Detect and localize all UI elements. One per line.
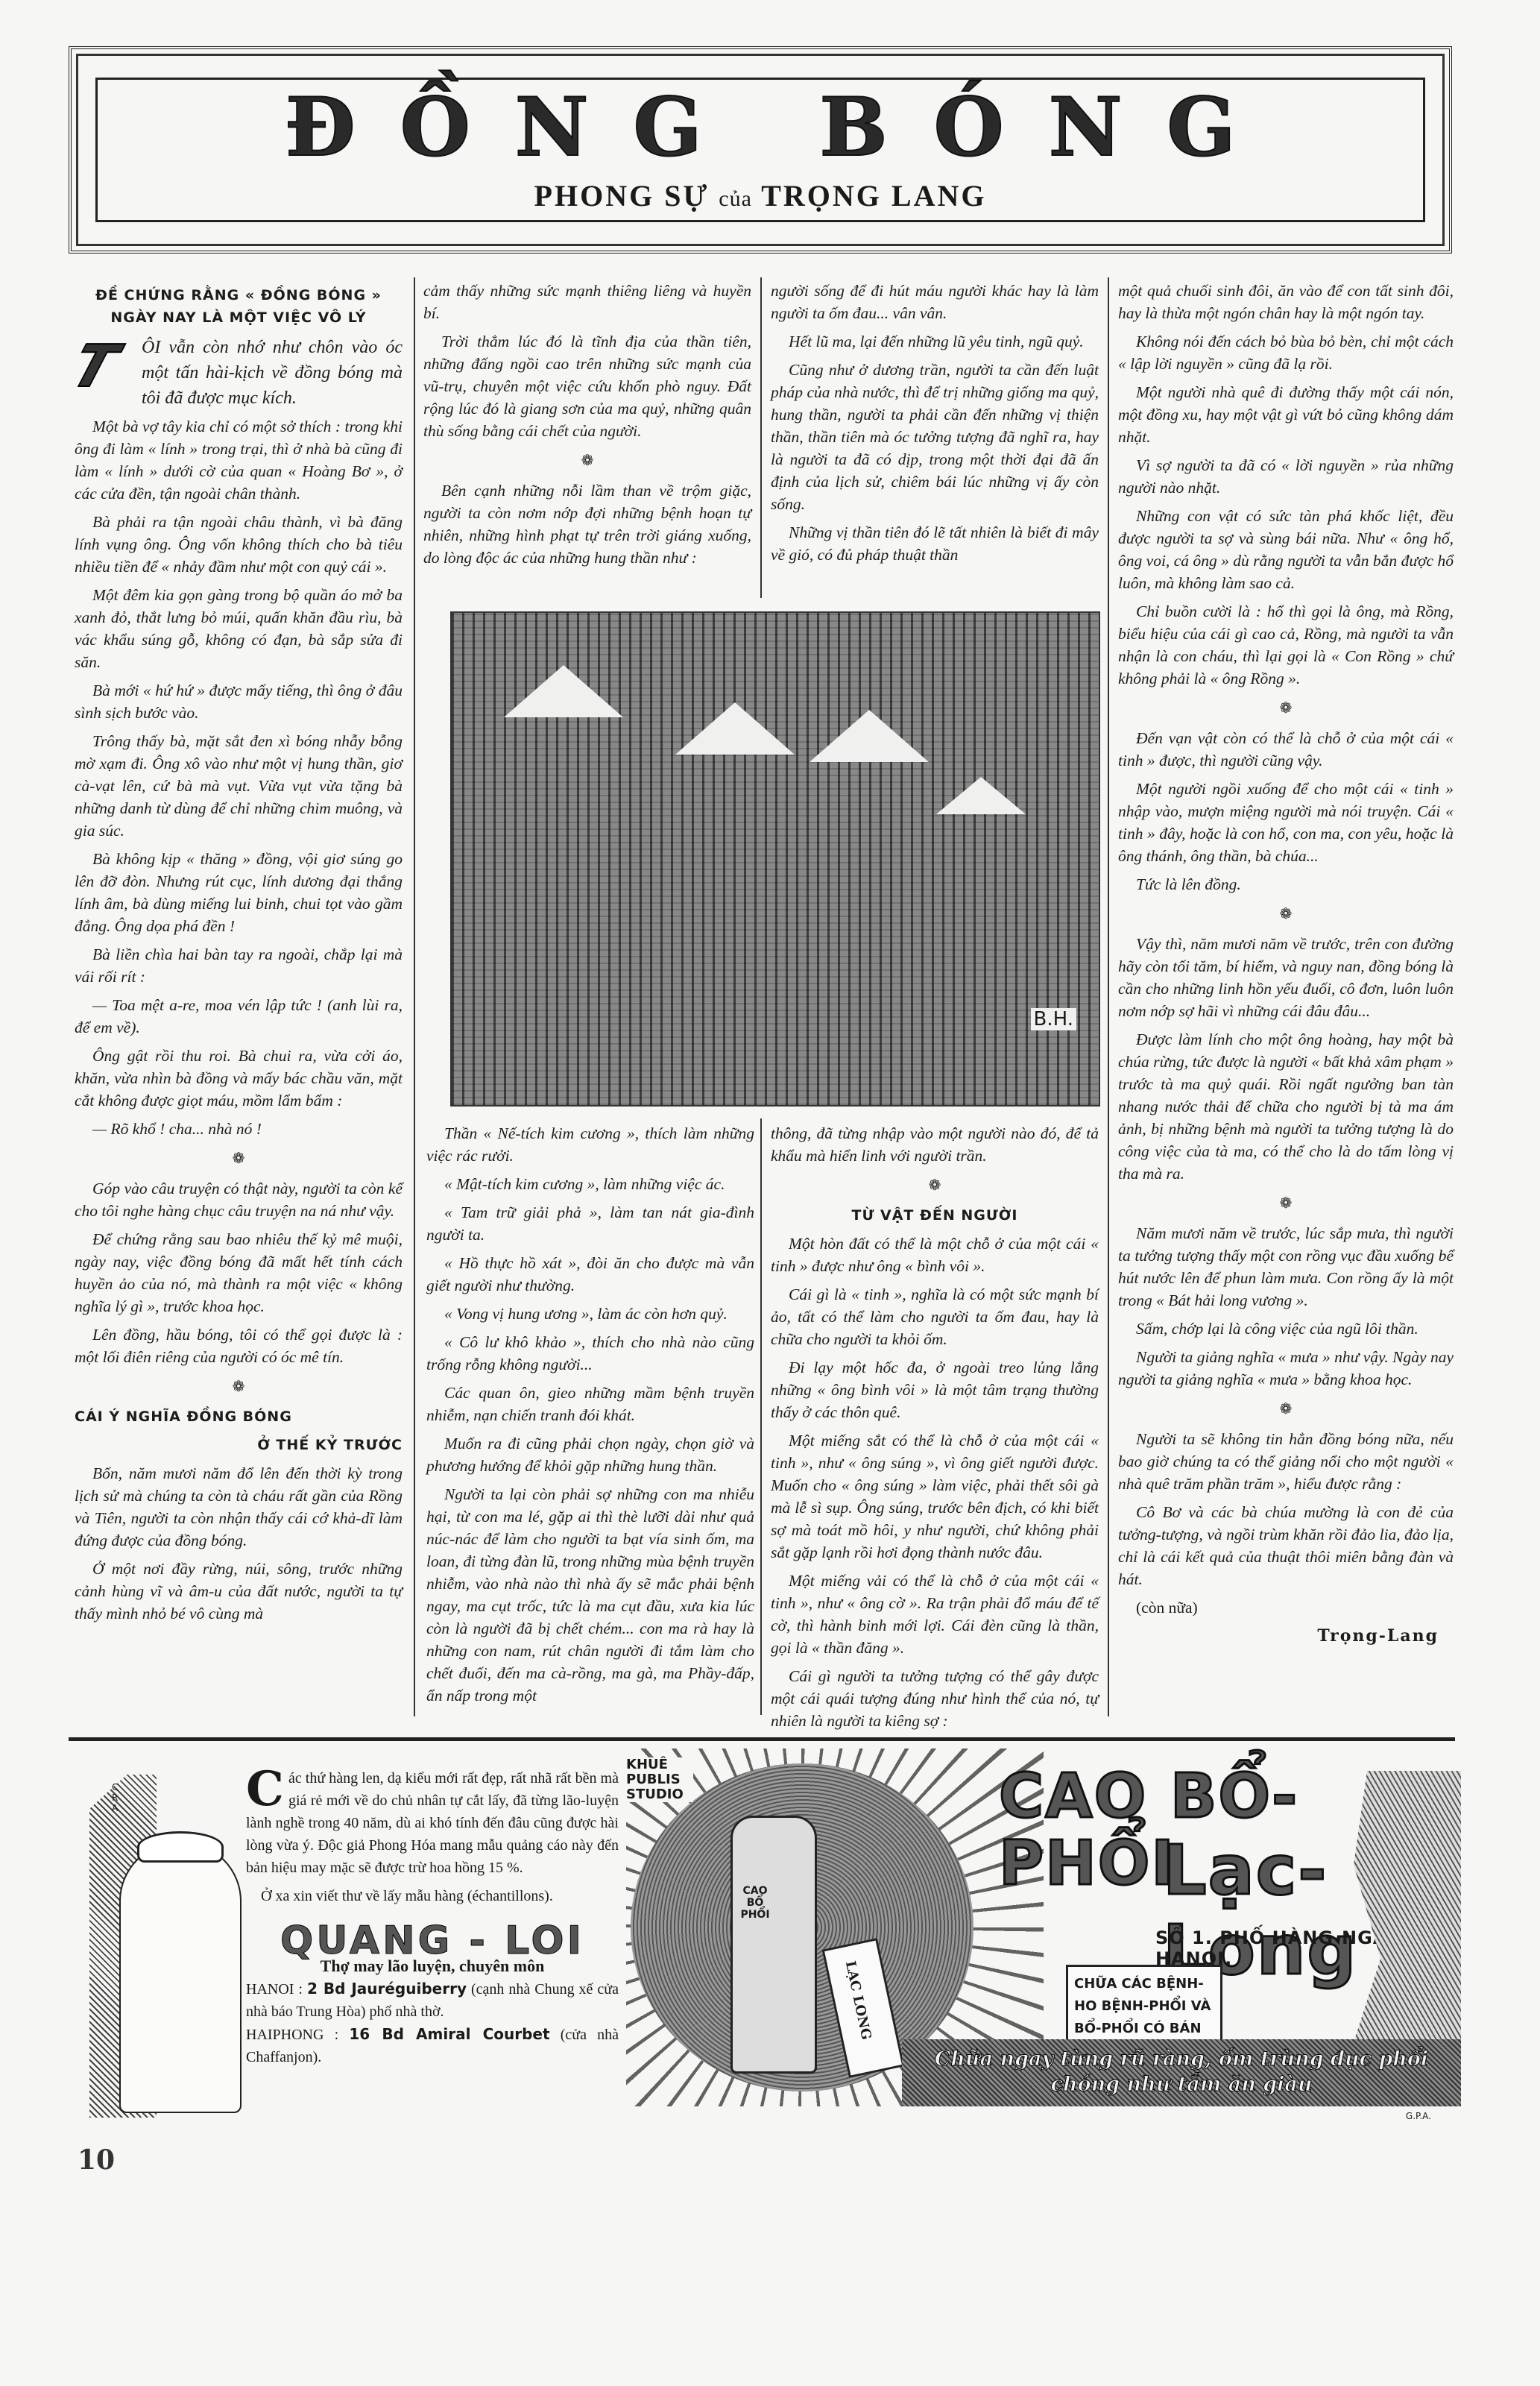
paragraph: Thần « Nế-tích kim cương », thích làm nh…	[426, 1122, 754, 1167]
illustrator-credit: C R A	[112, 1782, 119, 1813]
dialog-line: — Rõ khổ ! cha... nhà nó !	[75, 1118, 403, 1140]
column-divider	[1108, 277, 1109, 1716]
paragraph: Tức là lên đồng.	[1118, 873, 1454, 895]
gentleman-illustration	[119, 1842, 242, 2113]
section-heading: TỪ VẬT ĐẾN NGƯỜI	[771, 1204, 1099, 1227]
ad-address-haiphong: HAIPHONG : 16 Bd Amiral Courbet (cửa nhà…	[246, 2023, 619, 2068]
ornament-icon: ❁	[1118, 1192, 1454, 1215]
bottle-label: CAO BỔ PHỔI	[740, 1885, 770, 1921]
paragraph: Cô Bơ và các bà chúa mường là con đẻ của…	[1118, 1501, 1454, 1590]
byline-author: TRỌNG LANG	[761, 179, 986, 213]
ornament-icon: ❁	[1118, 903, 1454, 925]
paragraph: « Hồ thực hồ xát », đòi ăn cho được mà v…	[426, 1252, 754, 1297]
paragraph: Ở một nơi đầy rừng, núi, sông, trước nhữ…	[75, 1558, 403, 1625]
column-2-top: cảm thấy những sức mạnh thiêng liêng và …	[423, 280, 751, 575]
article-byline: PHONG SỰ của TRỌNG LANG	[534, 178, 987, 213]
column-divider	[760, 277, 762, 598]
woodcut-illustration: B.H.	[450, 611, 1100, 1107]
paragraph: Để chứng rằng sau bao nhiêu thế kỷ mê mu…	[75, 1228, 403, 1318]
ornament-icon: ❁	[1118, 697, 1454, 720]
paragraph: « Cô lư khô khảo », thích cho nhà nào cũ…	[426, 1331, 754, 1376]
dropcap-letter: T	[66, 341, 123, 393]
paragraph: Bà phải ra tận ngoài châu thành, vì bà đ…	[75, 511, 403, 578]
street-address: 16 Bd Amiral Courbet	[349, 2025, 549, 2043]
city-label: HANOI :	[246, 1981, 303, 1998]
section-heading: CÁI Ý NGHĨA ĐỒNG BÓNG	[75, 1406, 403, 1428]
paragraph: Đến vạn vật còn có thể là chỗ ở của một …	[1118, 727, 1454, 772]
ad-brand-name: QUANG - LOI	[246, 1930, 619, 1952]
ornament-icon: ❁	[75, 1376, 403, 1398]
continued-note: (còn nữa)	[1118, 1596, 1454, 1619]
paragraph: Một miếng sắt có thể là chỗ ở của một cá…	[771, 1429, 1099, 1564]
ornament-icon: ❁	[75, 1148, 403, 1170]
paragraph: Một đêm kia gọn gàng trong bộ quần áo mở…	[75, 584, 403, 673]
ad-note: Ở xa xin viết thư về lấy mẫu hàng (échan…	[246, 1885, 619, 1907]
conical-hat-shape	[936, 777, 1026, 814]
artist-signature: B.H.	[1031, 1008, 1076, 1030]
paragraph: Bà không kịp « thăng » đồng, vội giơ sún…	[75, 848, 403, 937]
paragraph: Các quan ôn, gieo những mầm bệnh truyền …	[426, 1382, 754, 1426]
paragraph: Bên cạnh những nỗi lầm than về trộm giặc…	[423, 479, 751, 569]
paragraph: Cái gì là « tinh », nghĩa là có một sức …	[771, 1283, 1099, 1350]
paragraph: một quả chuối sinh đôi, ăn vào để con tấ…	[1118, 280, 1454, 324]
ad-dropcap: C	[246, 1769, 284, 1810]
paragraph: Người ta giảng nghĩa « mưa » như vậy. Ng…	[1118, 1346, 1454, 1391]
masthead-frame: ĐỒNG BÓNG PHONG SỰ của TRỌNG LANG	[95, 78, 1425, 222]
intro-paragraph: T ÔI vẫn còn nhớ như chôn vào óc một tấn…	[75, 335, 403, 411]
ad-cao-bo-phoi: KHUÊ PUBLIS STUDIO CAO BỔ PHỔI LẠC LONG …	[626, 1748, 1461, 2106]
paragraph: Lên đồng, hầu bóng, tôi có thể gọi được …	[75, 1323, 403, 1368]
paragraph: Người ta lại còn phải sợ những con ma nh…	[426, 1483, 754, 1707]
paragraph: Bà liền chìa hai bàn tay ra ngoài, chắp …	[75, 943, 403, 988]
paragraph: Cái gì người ta tưởng tượng có thể gây đ…	[771, 1665, 1099, 1732]
ornament-icon: ❁	[423, 450, 751, 472]
ad-copy: Các thứ hàng len, dạ kiểu mới rất đẹp, r…	[246, 1767, 619, 2068]
paragraph: Được làm lính cho một ông hoàng, hay một…	[1118, 1028, 1454, 1185]
page-number: 10	[78, 2144, 115, 2176]
byline-of: của	[719, 186, 752, 211]
paragraph: « Tam trữ giải phả », làm tan nát gia-đì…	[426, 1201, 754, 1246]
box-label: LẠC LONG	[842, 1960, 874, 2041]
paragraph: Năm mươi năm về trước, lúc sắp mưa, thì …	[1118, 1222, 1454, 1312]
masthead: ĐỒNG BÓNG PHONG SỰ của TRỌNG LANG	[69, 46, 1452, 254]
paragraph: Một miếng vải có thể là chỗ ở của một cá…	[771, 1570, 1099, 1659]
paragraph: Một người nhà quê đi đường thấy một cái …	[1118, 381, 1454, 448]
paragraph: Trời thẳm lúc đó là tĩnh địa của thần ti…	[423, 330, 751, 442]
paragraph: Không nói đến cách bỏ bùa bỏ bèn, chỉ mộ…	[1118, 330, 1454, 375]
paragraph: Một người ngồi xuống để cho một cái « ti…	[1118, 778, 1454, 867]
paragraph: Một hòn đất có thể là một chỗ ở của một …	[771, 1233, 1099, 1277]
column-1: ĐỀ CHỨNG RẰNG « ĐỒNG BÓNG » NGÀY NAY LÀ …	[75, 280, 403, 1631]
paragraph: Bà mới « hứ hứ » được mấy tiếng, thì ông…	[75, 679, 403, 724]
studio-credit: KHUÊ PUBLIS STUDIO	[626, 1757, 693, 1802]
ad-separator	[69, 1737, 1455, 1741]
paragraph: Ông gật rồi thu roi. Bà chui ra, vừa cởi…	[75, 1045, 403, 1112]
dialog-line: — Toa mệt a-re, moa vén lập tức ! (anh l…	[75, 994, 403, 1039]
paragraph: « Vong vị hung ương », làm ác còn hơn qu…	[426, 1303, 754, 1325]
paragraph: Vậy thì, năm mươi năm về trước, trên con…	[1118, 933, 1454, 1022]
ad-quang-loi: C R A Các thứ hàng len, dạ kiểu mới rất …	[75, 1760, 626, 2118]
section-heading: Ở THẾ KỶ TRƯỚC	[75, 1434, 403, 1456]
hat-icon	[137, 1831, 224, 1863]
city-label: HAIPHONG :	[246, 2027, 338, 2043]
paragraph: « Mật-tích kim cương », làm những việc á…	[426, 1173, 754, 1195]
column-2-bottom: Thần « Nế-tích kim cương », thích làm nh…	[426, 1122, 754, 1713]
conical-hat-shape	[504, 665, 623, 717]
paragraph: Chỉ buồn cười là : hổ thì gọi là ông, mà…	[1118, 600, 1454, 690]
paragraph: Hết lũ ma, lại đến những lũ yêu tinh, ng…	[771, 330, 1099, 353]
column-4: một quả chuối sinh đôi, ăn vào để con tấ…	[1118, 280, 1454, 1647]
medicine-bottle-icon: CAO BỔ PHỔI	[730, 1816, 817, 2074]
intro-text: ÔI vẫn còn nhớ như chôn vào óc một tấn h…	[142, 335, 403, 411]
conical-hat-shape	[810, 710, 929, 762]
ad-body: ác thứ hàng len, dạ kiểu mới rất đẹp, rấ…	[246, 1770, 619, 1876]
column-divider	[760, 1118, 762, 1715]
ad-address-hanoi: HANOI : 2 Bd Jauréguiberry (cạnh nhà Chu…	[246, 1977, 619, 2023]
section-heading: ĐỀ CHỨNG RẰNG « ĐỒNG BÓNG » NGÀY NAY LÀ …	[75, 284, 403, 329]
paragraph: thông, đã từng nhập vào một người nào đó…	[771, 1122, 1099, 1167]
paragraph: Những con vật có sức tàn phá khốc liệt, …	[1118, 505, 1454, 594]
paragraph: Một bà vợ tây kia chỉ có một sở thích : …	[75, 415, 403, 505]
slogan-banner: Chữa ngay từng rũ ràng, ốm trùng đục phổ…	[902, 2039, 1461, 2106]
article-title: ĐỒNG BÓNG	[285, 87, 1280, 168]
paragraph: Góp vào câu truyện có thật này, người ta…	[75, 1177, 403, 1222]
street-address: 2 Bd Jauréguiberry	[307, 1980, 467, 1998]
paragraph: Đi lạy một hốc đa, ở ngoài treo lủng lẳn…	[771, 1356, 1099, 1423]
author-signature: Trọng-Lang	[1118, 1625, 1439, 1647]
ornament-icon: ❁	[1118, 1398, 1454, 1420]
paragraph: Vì sợ người ta đã có « lời nguyền » rủa …	[1118, 454, 1454, 499]
column-3-bottom: thông, đã từng nhập vào một người nào đó…	[771, 1122, 1099, 1738]
paragraph: Muốn ra đi cũng phải chọn ngày, chọn giờ…	[426, 1432, 754, 1477]
paragraph: Trông thấy bà, mặt sắt đen xì bóng nhẫy …	[75, 730, 403, 842]
paragraph: Sấm, chớp lại là công việc của ngũ lôi t…	[1118, 1318, 1454, 1340]
dropcap: T	[75, 335, 134, 394]
paragraph: cảm thấy những sức mạnh thiêng liêng và …	[423, 280, 751, 324]
column-divider	[414, 277, 415, 1716]
ad-credit: G.P.A.	[1406, 2111, 1431, 2121]
paragraph: người sống để đi hút máu người khác hay …	[771, 280, 1099, 324]
paragraph: Người ta sẽ không tin hẳn đồng bóng nữa,…	[1118, 1428, 1454, 1495]
paragraph: Những vị thần tiên đó lẽ tất nhiên là bi…	[771, 521, 1099, 566]
conical-hat-shape	[675, 702, 795, 755]
paragraph: Bốn, năm mươi năm đổ lên đến thời kỳ tro…	[75, 1462, 403, 1552]
ornament-icon: ❁	[771, 1174, 1099, 1197]
byline-genre: PHONG SỰ	[534, 179, 710, 213]
paragraph: Cũng như ở dương trần, người ta cần đến …	[771, 359, 1099, 515]
column-3-top: người sống để đi hút máu người khác hay …	[771, 280, 1099, 572]
